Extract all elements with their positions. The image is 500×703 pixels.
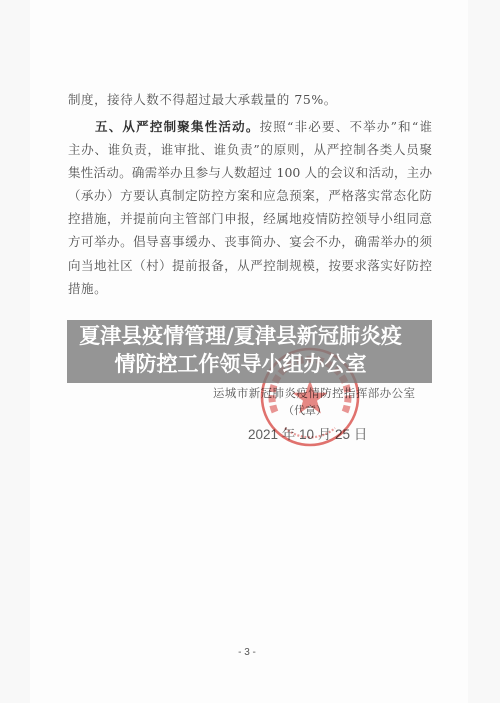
section-heading: 五、从严控制聚集性活动。 xyxy=(95,119,260,134)
body-line-4: 集性活动。确需举办且参与人数超过 100 人的会议和活动，主办 xyxy=(68,165,432,181)
body-line-9: 措施。 xyxy=(68,281,432,297)
body-line-1: 制度，接待人数不得超过最大承载量的 75%。 xyxy=(68,92,432,108)
body-line-5: （承办）方要认真制定防控方案和应急预案，严格落实常态化防 xyxy=(68,188,432,204)
body-line-2-text: 按照“非必要、不举办”和“谁 xyxy=(260,119,432,134)
body-line-3: 主办、谁负责，谁审批、谁负责”的原则，从严控制各类人员聚 xyxy=(68,142,432,158)
page-number: - 3 - xyxy=(227,646,267,660)
body-line-6: 控措施，并提前向主管部门申报，经属地疫情防控领导小组同意 xyxy=(68,211,432,227)
body-line-7: 方可举办。倡导喜事缓办、丧事简办、宴会不办，确需举办的须 xyxy=(68,234,432,250)
body-line-8: 向当地社区（村）提前报备，从严控制规模，按要求落实好防控 xyxy=(68,258,432,274)
article-title-banner: 夏津县疫情管理/夏津县新冠肺炎疫 情防控工作领导小组办公室 xyxy=(67,320,432,383)
banner-title-line-2: 情防控工作领导小组办公室 xyxy=(67,350,414,378)
body-line-2: 五、从严控制聚集性活动。按照“非必要、不举办”和“谁 xyxy=(95,119,432,135)
banner-title-line-1: 夏津县疫情管理/夏津县新冠肺炎疫 xyxy=(67,322,414,350)
